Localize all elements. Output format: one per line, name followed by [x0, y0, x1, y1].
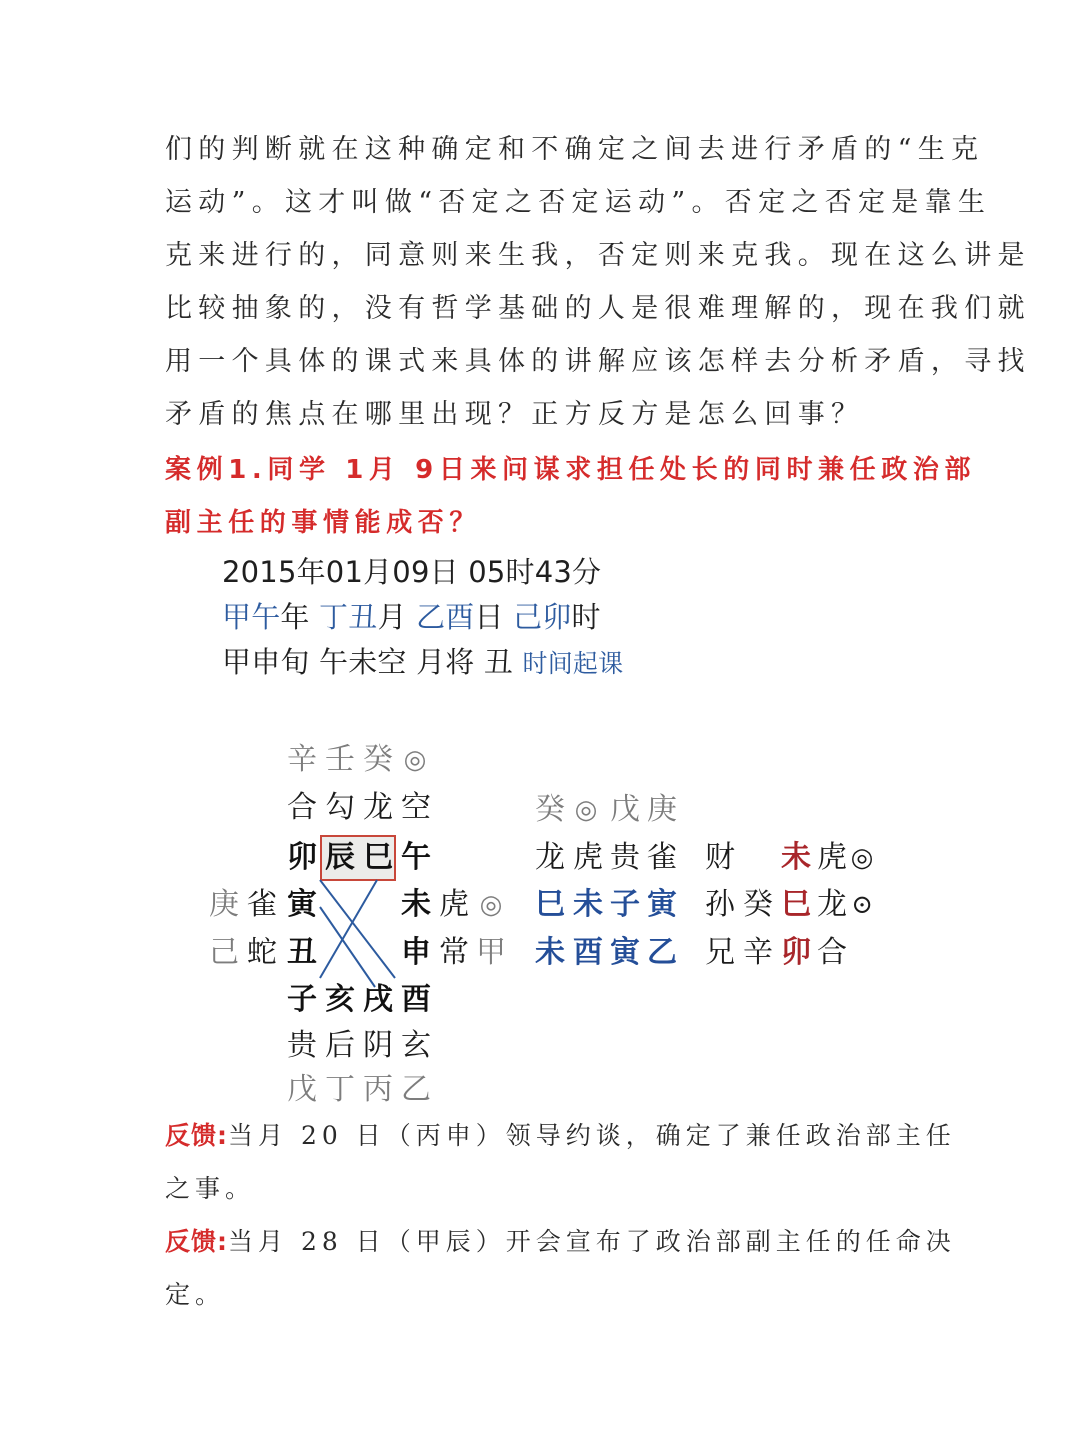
- top-general: 合: [283, 788, 321, 828]
- case-title: 案例1.同学 1月 9日来问谋求担任处长的同时兼任政治部 副主任的事情能成否？: [165, 444, 925, 550]
- empty-circle-icon: ◎: [567, 790, 605, 830]
- left-stem: 己: [205, 933, 243, 973]
- feedback-label: 反馈:: [165, 1227, 228, 1256]
- bottom-stem: 乙: [397, 1070, 435, 1110]
- top-branch: 午: [397, 838, 435, 878]
- pillar-hour-ganzhi: 己卯: [513, 600, 571, 634]
- bottom-general: 阴: [359, 1026, 397, 1066]
- top-branch-highlighted: 巳: [359, 838, 397, 878]
- yuejiang: 月将 丑: [416, 645, 513, 679]
- paragraph-line: 们的判断就在这种确定和不确定之间去进行矛盾的“生克: [165, 123, 925, 176]
- chuan-stem: 辛: [739, 933, 777, 973]
- chuan-branch: 巳: [777, 885, 815, 925]
- bottom-branch: 亥: [321, 980, 359, 1020]
- feedback-1: 反馈:当月 20 日（丙申）领导约谈，确定了兼任政治部主任 之事。: [165, 1109, 925, 1215]
- xun: 甲申旬: [222, 645, 310, 679]
- bottom-branch: 子: [283, 980, 321, 1020]
- pillar-day-ganzhi: 乙酉: [416, 600, 474, 634]
- pillar-hour-unit: 时: [572, 600, 601, 634]
- empty-circle-icon: ◎: [472, 885, 510, 925]
- right-general: 虎: [435, 885, 473, 925]
- chuan-stem: 癸: [739, 885, 777, 925]
- top-general: 勾: [321, 788, 359, 828]
- paragraph-line: 运动”。这才叫做“否定之否定运动”。否定之否定是靠生: [165, 176, 925, 229]
- top-stem: 癸: [359, 740, 397, 780]
- right-branch: 未: [397, 885, 435, 925]
- bottom-branch: 戌: [359, 980, 397, 1020]
- right-stem: 甲: [472, 933, 510, 973]
- sike-upper: 巳: [531, 885, 569, 925]
- sike-general: 龙: [531, 838, 569, 878]
- sike-upper: 子: [606, 885, 644, 925]
- sike-general: 贵: [606, 838, 644, 878]
- top-stem: 壬: [321, 740, 359, 780]
- paragraph-line: 克来进行的，同意则来生我，否定则来克我。现在这么讲是: [165, 229, 925, 282]
- paragraph-line: 比较抽象的，没有哲学基础的人是很难理解的，现在我们就: [165, 282, 925, 335]
- feedback-line: 反馈:当月 20 日（丙申）领导约谈，确定了兼任政治部主任: [165, 1109, 925, 1162]
- feedback-line: 定。: [165, 1268, 925, 1321]
- top-stem: 辛: [283, 740, 321, 780]
- case-title-line: 案例1.同学 1月 9日来问谋求担任处长的同时兼任政治部: [165, 444, 925, 497]
- feedback-line: 之事。: [165, 1162, 925, 1215]
- sike-general: 雀: [643, 838, 681, 878]
- feedback-text: 当月 28 日（甲辰）开会宣布了政治部副主任的任命决: [228, 1227, 956, 1256]
- sike-lower: 酉: [569, 933, 607, 973]
- intro-paragraph: 们的判断就在这种确定和不确定之间去进行矛盾的“生克 运动”。这才叫做“否定之否定…: [165, 123, 925, 441]
- paragraph-line: 矛盾的焦点在哪里出现？正方反方是怎么回事？: [165, 388, 925, 441]
- kong: 午未空: [319, 645, 407, 679]
- pillar-year-ganzhi: 甲午: [222, 600, 280, 634]
- left-branch: 寅: [283, 885, 321, 925]
- sike-stem: 庚: [643, 790, 681, 830]
- sike-stem: 戊: [606, 790, 644, 830]
- xun-kong-line: 甲申旬 午未空 月将 丑 时间起课: [222, 640, 623, 681]
- chuan-relation: 孙: [701, 885, 739, 925]
- feedback-text: 当月 20 日（丙申）领导约谈，确定了兼任政治部主任: [228, 1121, 956, 1150]
- dot-circle-icon: ⊙: [843, 885, 881, 925]
- chuan-branch: 卯: [777, 933, 815, 973]
- top-branch: 卯: [283, 838, 321, 878]
- right-general: 常: [435, 933, 473, 973]
- chuan-relation: 兄: [701, 933, 739, 973]
- top-general: 空: [397, 788, 435, 828]
- paragraph-line: 用一个具体的课式来具体的讲解应该怎样去分析矛盾，寻找: [165, 335, 925, 388]
- datetime-text: 2015年01月09日 05时43分: [222, 555, 601, 589]
- left-general: 蛇: [243, 933, 281, 973]
- case-title-line: 副主任的事情能成否？: [165, 497, 925, 550]
- feedback-2: 反馈:当月 28 日（甲辰）开会宣布了政治部副主任的任命决 定。: [165, 1215, 925, 1321]
- sike-upper: 寅: [643, 885, 681, 925]
- four-pillars: 甲午年 丁丑月 乙酉日 己卯时: [222, 595, 601, 636]
- sike-lower: 未: [531, 933, 569, 973]
- bottom-stem: 戊: [283, 1070, 321, 1110]
- empty-circle-icon: ◎: [396, 740, 434, 780]
- bottom-general: 玄: [397, 1026, 435, 1066]
- sike-lower: 乙: [643, 933, 681, 973]
- bottom-branch: 酉: [397, 980, 435, 1020]
- right-branch: 申: [397, 933, 435, 973]
- chuan-relation: 财: [701, 838, 739, 878]
- left-stem: 庚: [205, 885, 243, 925]
- top-branch-highlighted: 辰: [321, 838, 359, 878]
- bottom-stem: 丙: [359, 1070, 397, 1110]
- bottom-general: 后: [321, 1026, 359, 1066]
- sike-lower: 寅: [606, 933, 644, 973]
- datetime: 2015年01月09日 05时43分: [222, 550, 601, 591]
- pillar-day-unit: 日: [474, 600, 503, 634]
- bottom-stem: 丁: [321, 1070, 359, 1110]
- chuan-general: 合: [813, 933, 851, 973]
- pillar-month-ganzhi: 丁丑: [319, 600, 377, 634]
- top-general: 龙: [359, 788, 397, 828]
- left-branch: 丑: [283, 933, 321, 973]
- chuan-branch: 未: [777, 838, 815, 878]
- sike-stem: 癸: [531, 790, 569, 830]
- feedback-label: 反馈:: [165, 1121, 228, 1150]
- empty-circle-icon: ◎: [843, 838, 881, 878]
- sike-general: 虎: [569, 838, 607, 878]
- pillar-year-unit: 年: [280, 600, 309, 634]
- pillar-month-unit: 月: [377, 600, 406, 634]
- feedback-line: 反馈:当月 28 日（甲辰）开会宣布了政治部副主任的任命决: [165, 1215, 925, 1268]
- bottom-general: 贵: [283, 1026, 321, 1066]
- method: 时间起课: [523, 649, 624, 678]
- sike-upper: 未: [569, 885, 607, 925]
- left-general: 雀: [243, 885, 281, 925]
